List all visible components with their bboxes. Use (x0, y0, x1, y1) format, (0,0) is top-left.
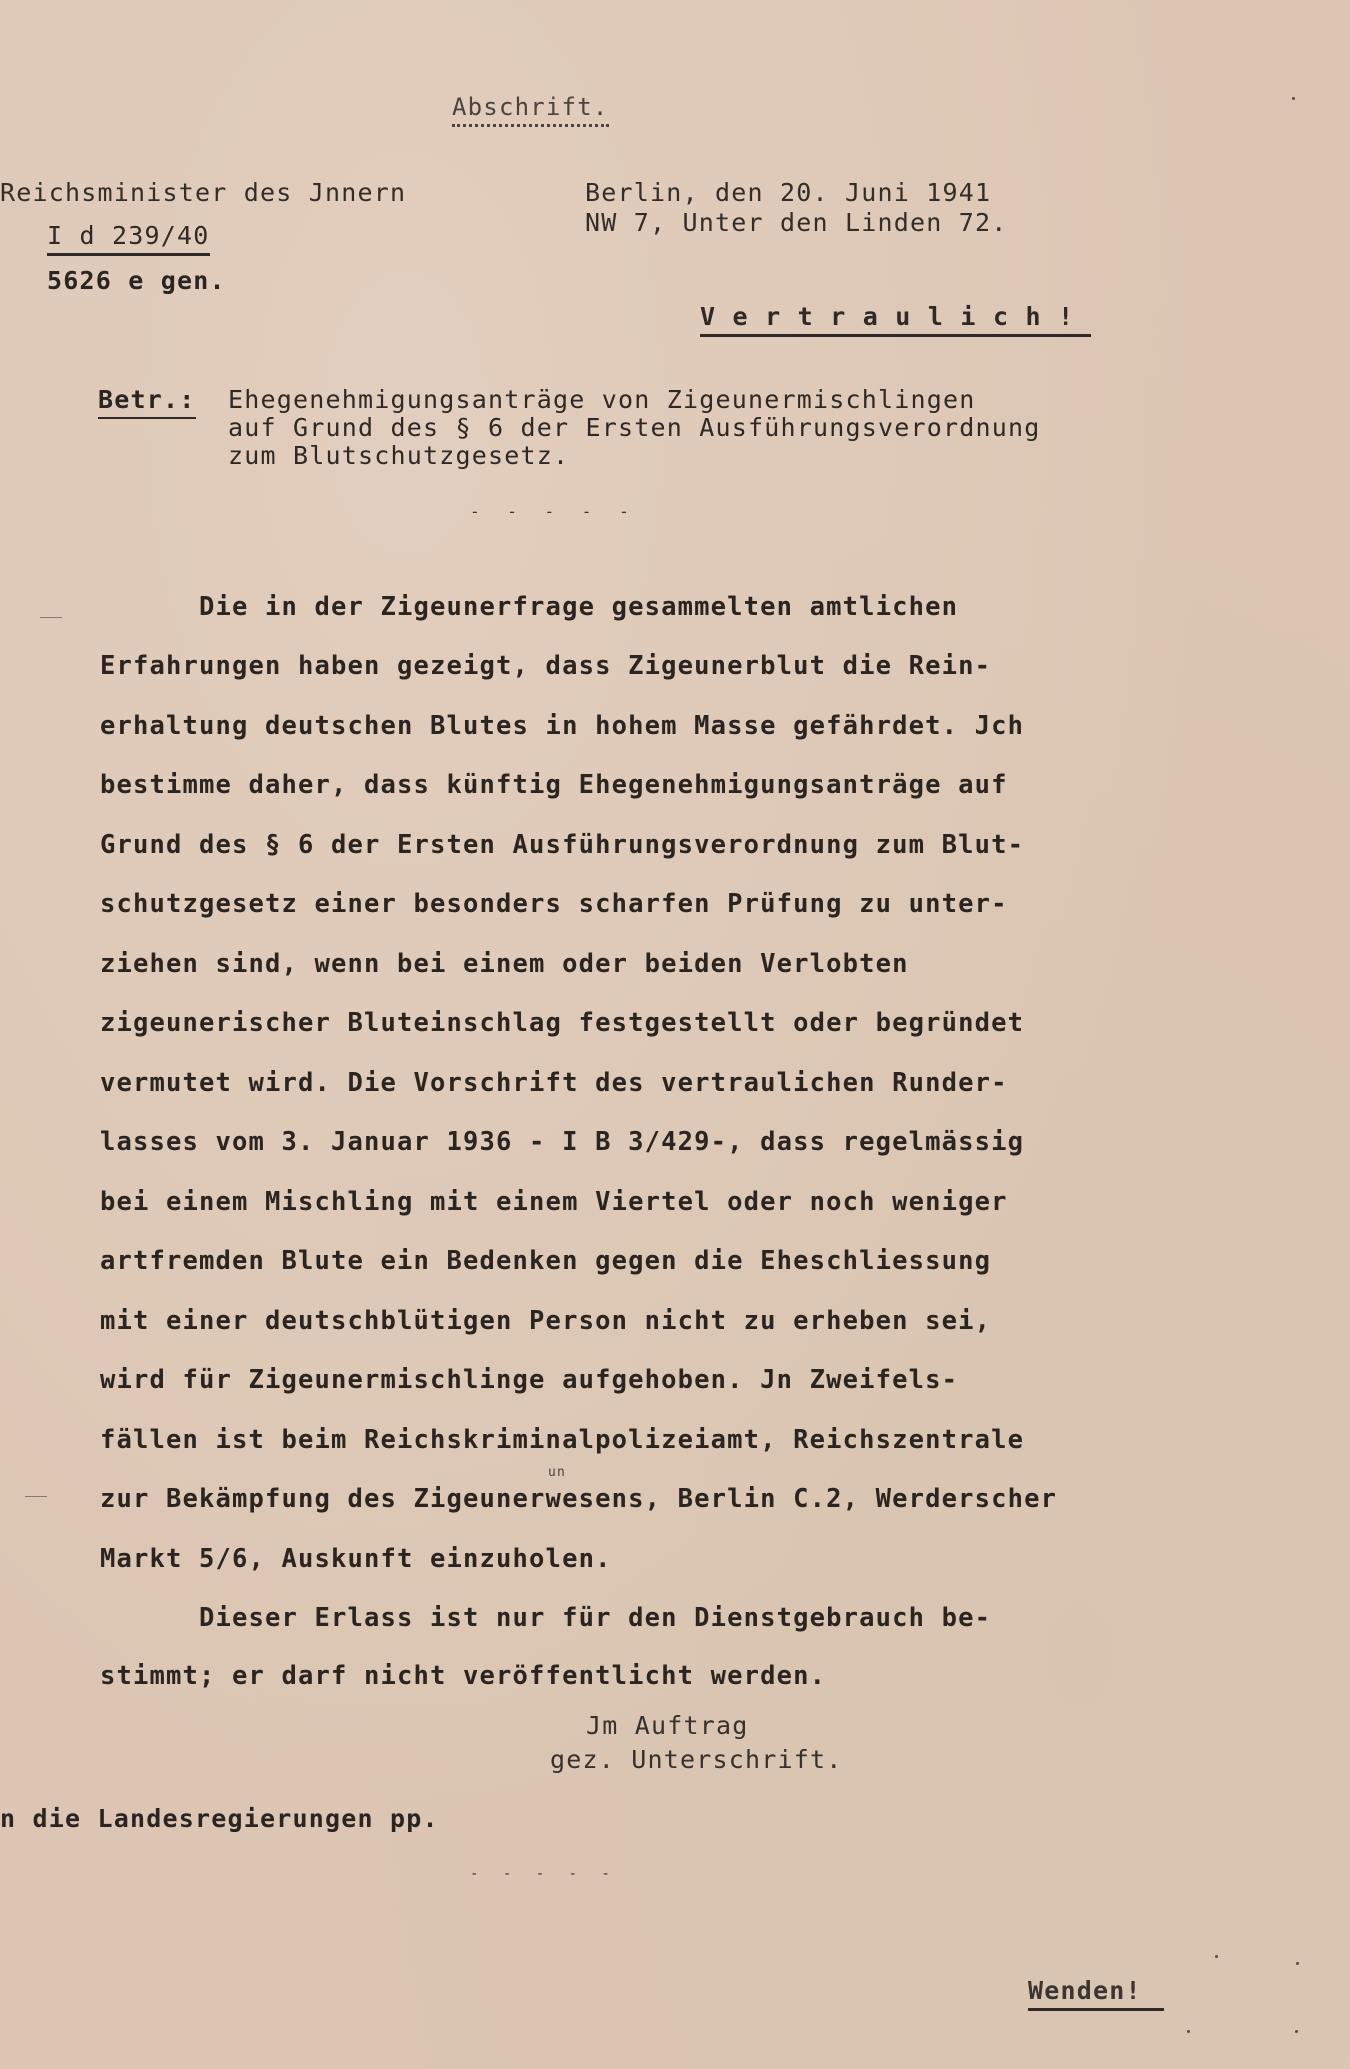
body-line: lasses vom 3. Januar 1936 - I B 3/429-, … (100, 1127, 1024, 1157)
body-line: ziehen sind, wenn bei einem oder beiden … (100, 949, 909, 979)
copy-label: Abschrift. (452, 92, 609, 127)
body-line: artfremden Blute ein Bedenken gegen die … (100, 1246, 991, 1276)
body-line: bei einem Mischling mit einem Viertel od… (100, 1187, 1008, 1217)
place-date-line1: Berlin, den 20. Juni 1941 (585, 178, 991, 208)
recipient-line: n die Landesregierungen pp. (0, 1804, 439, 1834)
paper-speck (1295, 2030, 1298, 2033)
signature-line1: Jm Auftrag (586, 1711, 749, 1741)
body-line: Grund des § 6 der Ersten Ausführungsvero… (100, 830, 1024, 860)
separator-bottom: - - - - - (470, 1866, 618, 1882)
body-line: vermutet wird. Die Vorschrift des vertra… (100, 1068, 1008, 1098)
margin-mark (40, 617, 62, 618)
body-line: Markt 5/6, Auskunft einzuholen. (100, 1544, 612, 1574)
interlinear-correction: un (548, 1466, 566, 1480)
body-line: zur Bekämpfung des Zigeunerwesens, Berli… (100, 1484, 1057, 1514)
body-line: wird für Zigeunermischlinge aufgehoben. … (100, 1365, 958, 1395)
paper-speck (1215, 1955, 1218, 1958)
place-date-line2: NW 7, Unter den Linden 72. (585, 208, 1008, 238)
reference-sub: 5626 e gen. (47, 266, 226, 296)
body-line: bestimme daher, dass künftig Ehegenehmig… (100, 770, 1008, 800)
body-line: zigeunerischer Bluteinschlag festgestell… (100, 1008, 1024, 1038)
paper-speck (1296, 1962, 1299, 1965)
classification-stamp: Vertraulich! (700, 302, 1091, 337)
paper-speck (1292, 97, 1295, 100)
document-page: Abschrift. Reichsminister des Jnnern I d… (0, 0, 1350, 2069)
body-line: stimmt; er darf nicht veröffentlicht wer… (100, 1661, 826, 1691)
paper-speck (1187, 2030, 1190, 2033)
body-line: Die in der Zigeunerfrage gesammelten amt… (100, 592, 958, 622)
body-line: mit einer deutschblütigen Person nicht z… (100, 1306, 991, 1336)
body-line: erhaltung deutschen Blutes in hohem Mass… (100, 711, 1024, 741)
subject-label: Betr.: (98, 385, 196, 419)
body-line: schutzgesetz einer besonders scharfen Pr… (100, 889, 1008, 919)
body-line: Erfahrungen haben gezeigt, dass Zigeuner… (100, 651, 991, 681)
subject-line-2: auf Grund des § 6 der Ersten Ausführungs… (228, 413, 1041, 443)
separator-top: - - - - - (470, 502, 638, 521)
subject-line-3: zum Blutschutzgesetz. (228, 441, 569, 471)
turn-page-note: Wenden! (1028, 1976, 1164, 2011)
body-line: Dieser Erlass ist nur für den Dienstgebr… (100, 1603, 991, 1633)
margin-mark (25, 1496, 47, 1497)
signature-line2: gez. Unterschrift. (550, 1745, 843, 1775)
reference-number: I d 239/40 (47, 221, 210, 256)
body-line: fällen ist beim Reichskriminalpolizeiamt… (100, 1425, 1024, 1455)
subject-line-1: Ehegenehmigungsanträge von Zigeunermisch… (228, 385, 976, 415)
sender-authority: Reichsminister des Jnnern (0, 178, 406, 208)
